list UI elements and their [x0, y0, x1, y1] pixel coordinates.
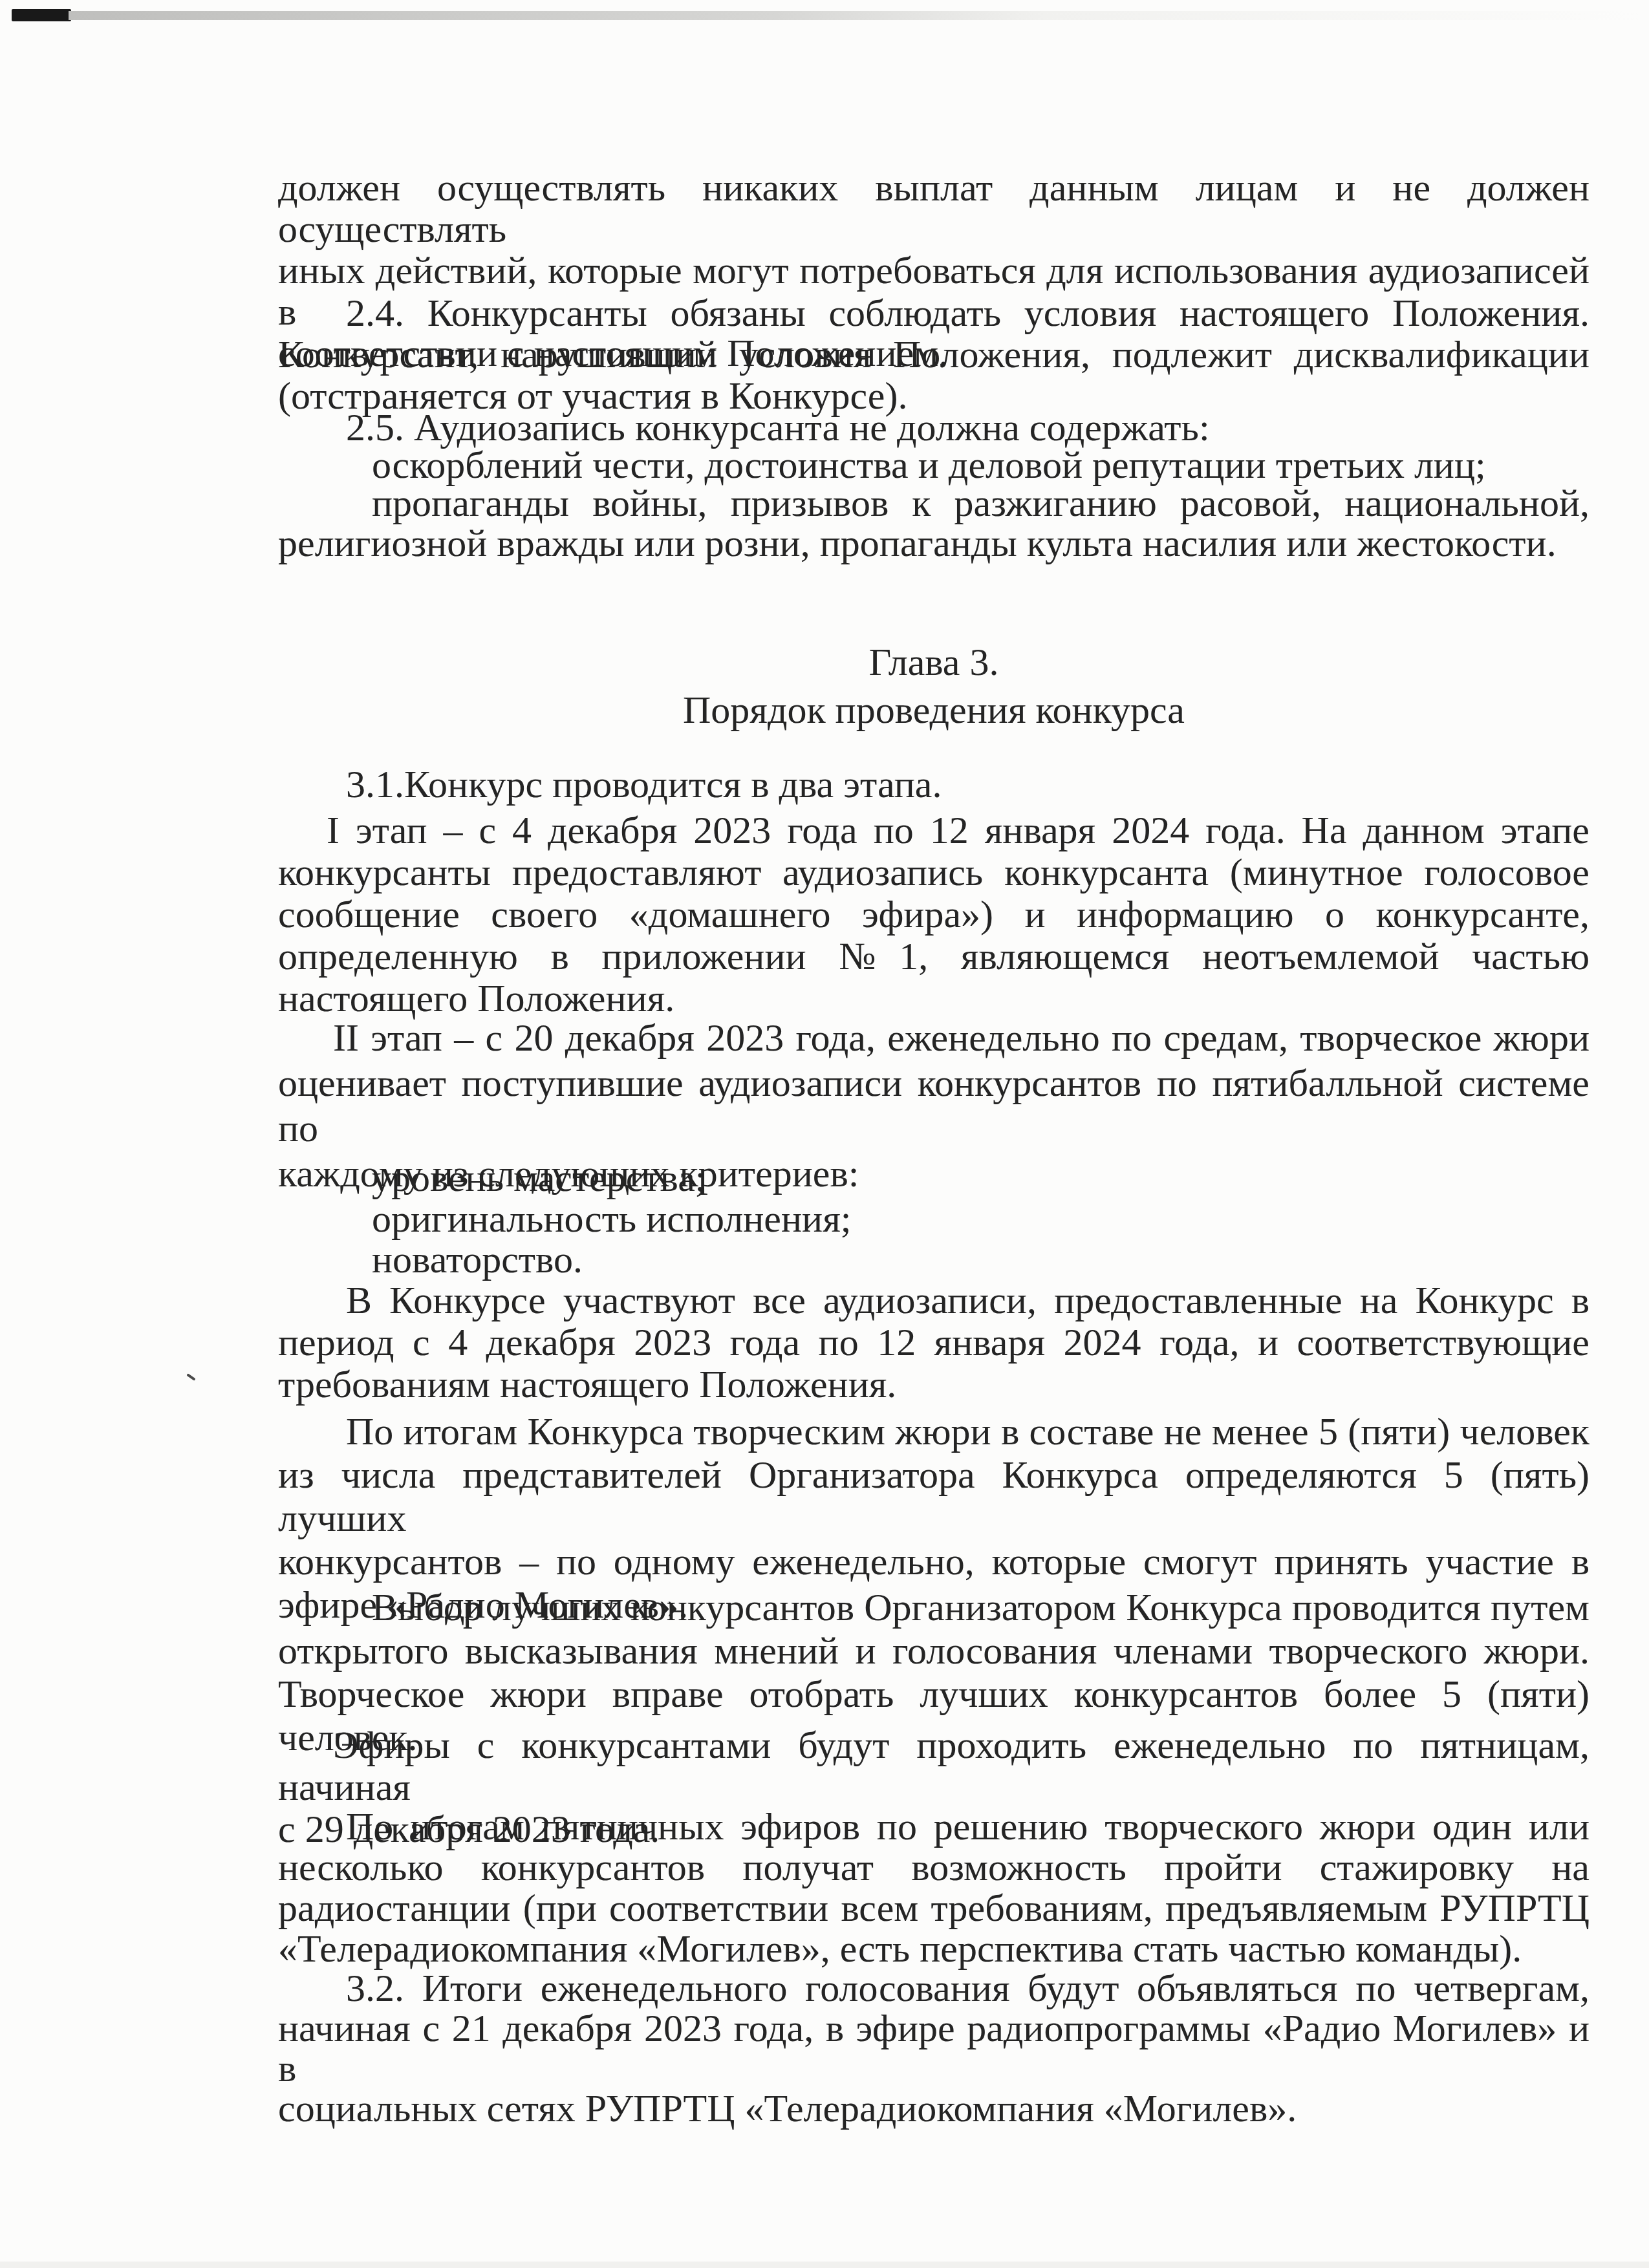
doc-line: радиостанции (при соответствии всем треб… — [278, 1888, 1590, 1929]
paragraph-3-1: 3.1.Конкурс проводится в два этапа. — [278, 764, 1590, 805]
doc-line: период с 4 декабря 2023 года по 12 январ… — [278, 1321, 1590, 1364]
doc-line: II этап – с 20 декабря 2023 года, еженед… — [278, 1015, 1590, 1060]
doc-line: I этап – с 4 декабря 2023 года по 12 янв… — [278, 809, 1590, 851]
doc-line: оценивает поступившие аудиозаписи конкур… — [278, 1060, 1590, 1151]
chapter-subtitle-text: Порядок проведения конкурса — [278, 689, 1590, 731]
doc-line: из числа представителей Организатора Кон… — [278, 1453, 1590, 1540]
doc-line: сообщение своего «домашнего эфира») и ин… — [278, 893, 1590, 936]
paragraph-internship: По итогам пятничных эфиров по решению тв… — [278, 1806, 1590, 1969]
paragraph-2-5: 2.5. Аудиозапись конкурсанта не должна с… — [278, 407, 1590, 448]
scanned-document-page: { "page": { "background": "#fcfcfb", "in… — [0, 0, 1649, 2268]
paragraph-participation: В Конкурсе участвуют все аудиозаписи, пр… — [278, 1279, 1590, 1406]
doc-line: По итогам пятничных эфиров по решению тв… — [278, 1806, 1590, 1847]
doc-line: религиозной вражды или розни, пропаганды… — [278, 523, 1590, 563]
chapter-subtitle: Порядок проведения конкурса — [278, 689, 1590, 731]
doc-line: По итогам Конкурса творческим жюри в сос… — [278, 1410, 1590, 1453]
doc-line: Выбор лучших конкурсантов Организатором … — [278, 1586, 1590, 1629]
doc-line: Конкурсант, нарушивший условия Положения… — [278, 334, 1590, 375]
doc-line: Эфиры с конкурсантами будут проходить еж… — [278, 1724, 1590, 1808]
list-item-originality: оригинальность исполнения; — [278, 1199, 1590, 1239]
doc-line: «Телерадиокомпания «Могилев», есть персп… — [278, 1929, 1590, 1969]
list-item-propaganda: пропаганды войны, призывов к разжиганию … — [278, 483, 1590, 563]
paragraph-2-4: 2.4. Конкурсанты обязаны соблюдать услов… — [278, 292, 1590, 416]
criteria-list: уровень мастерства; оригинальность испол… — [278, 1158, 1590, 1280]
doc-line: оскорблений чести, достоинства и деловой… — [278, 444, 1590, 486]
doc-line: должен осуществлять никаких выплат данны… — [278, 167, 1590, 250]
doc-line: начиная с 21 декабря 2023 года, в эфире … — [278, 2008, 1590, 2088]
doc-line: открытого высказывания мнений и голосова… — [278, 1629, 1590, 1673]
doc-line: конкурсанты предоставляют аудиозапись ко… — [278, 851, 1590, 893]
scan-artifact-black-bar — [12, 9, 71, 21]
chapter-number: Глава 3. — [278, 641, 1590, 683]
doc-line: 3.1.Конкурс проводится в два этапа. — [278, 764, 1590, 805]
doc-line: несколько конкурсантов получат возможнос… — [278, 1847, 1590, 1888]
chapter-heading: Глава 3. — [278, 641, 1590, 683]
list-item-insults: оскорблений чести, достоинства и деловой… — [278, 444, 1590, 486]
doc-line: настоящего Положения. — [278, 978, 1590, 1020]
doc-line: социальных сетях РУПРТЦ «Телерадиокомпан… — [278, 2088, 1590, 2128]
doc-line: В Конкурсе участвуют все аудиозаписи, пр… — [278, 1279, 1590, 1321]
doc-line: определенную в приложении №1, являющемся… — [278, 936, 1590, 978]
doc-line: конкурсантов – по одному еженедельно, ко… — [278, 1540, 1590, 1583]
scan-speck — [186, 1373, 196, 1381]
doc-line: 2.4. Конкурсанты обязаны соблюдать услов… — [278, 292, 1590, 334]
doc-line: требованиям настоящего Положения. — [278, 1364, 1590, 1406]
paragraph-stage-1: I этап – с 4 декабря 2023 года по 12 янв… — [278, 809, 1590, 1020]
list-item-skill: уровень мастерства; — [278, 1158, 1590, 1199]
list-item-innovation: новаторство. — [278, 1239, 1590, 1280]
doc-line: 2.5. Аудиозапись конкурсанта не должна с… — [278, 407, 1590, 448]
doc-line: 3.2. Итоги еженедельного голосования буд… — [278, 1968, 1590, 2008]
scan-artifact-gray-strip — [69, 11, 1643, 20]
page-canvas: должен осуществлять никаких выплат данны… — [0, 0, 1649, 2268]
scan-bottom-edge — [0, 2262, 1649, 2268]
doc-line: пропаганды войны, призывов к разжиганию … — [278, 483, 1590, 523]
paragraph-3-2: 3.2. Итоги еженедельного голосования буд… — [278, 1968, 1590, 2128]
